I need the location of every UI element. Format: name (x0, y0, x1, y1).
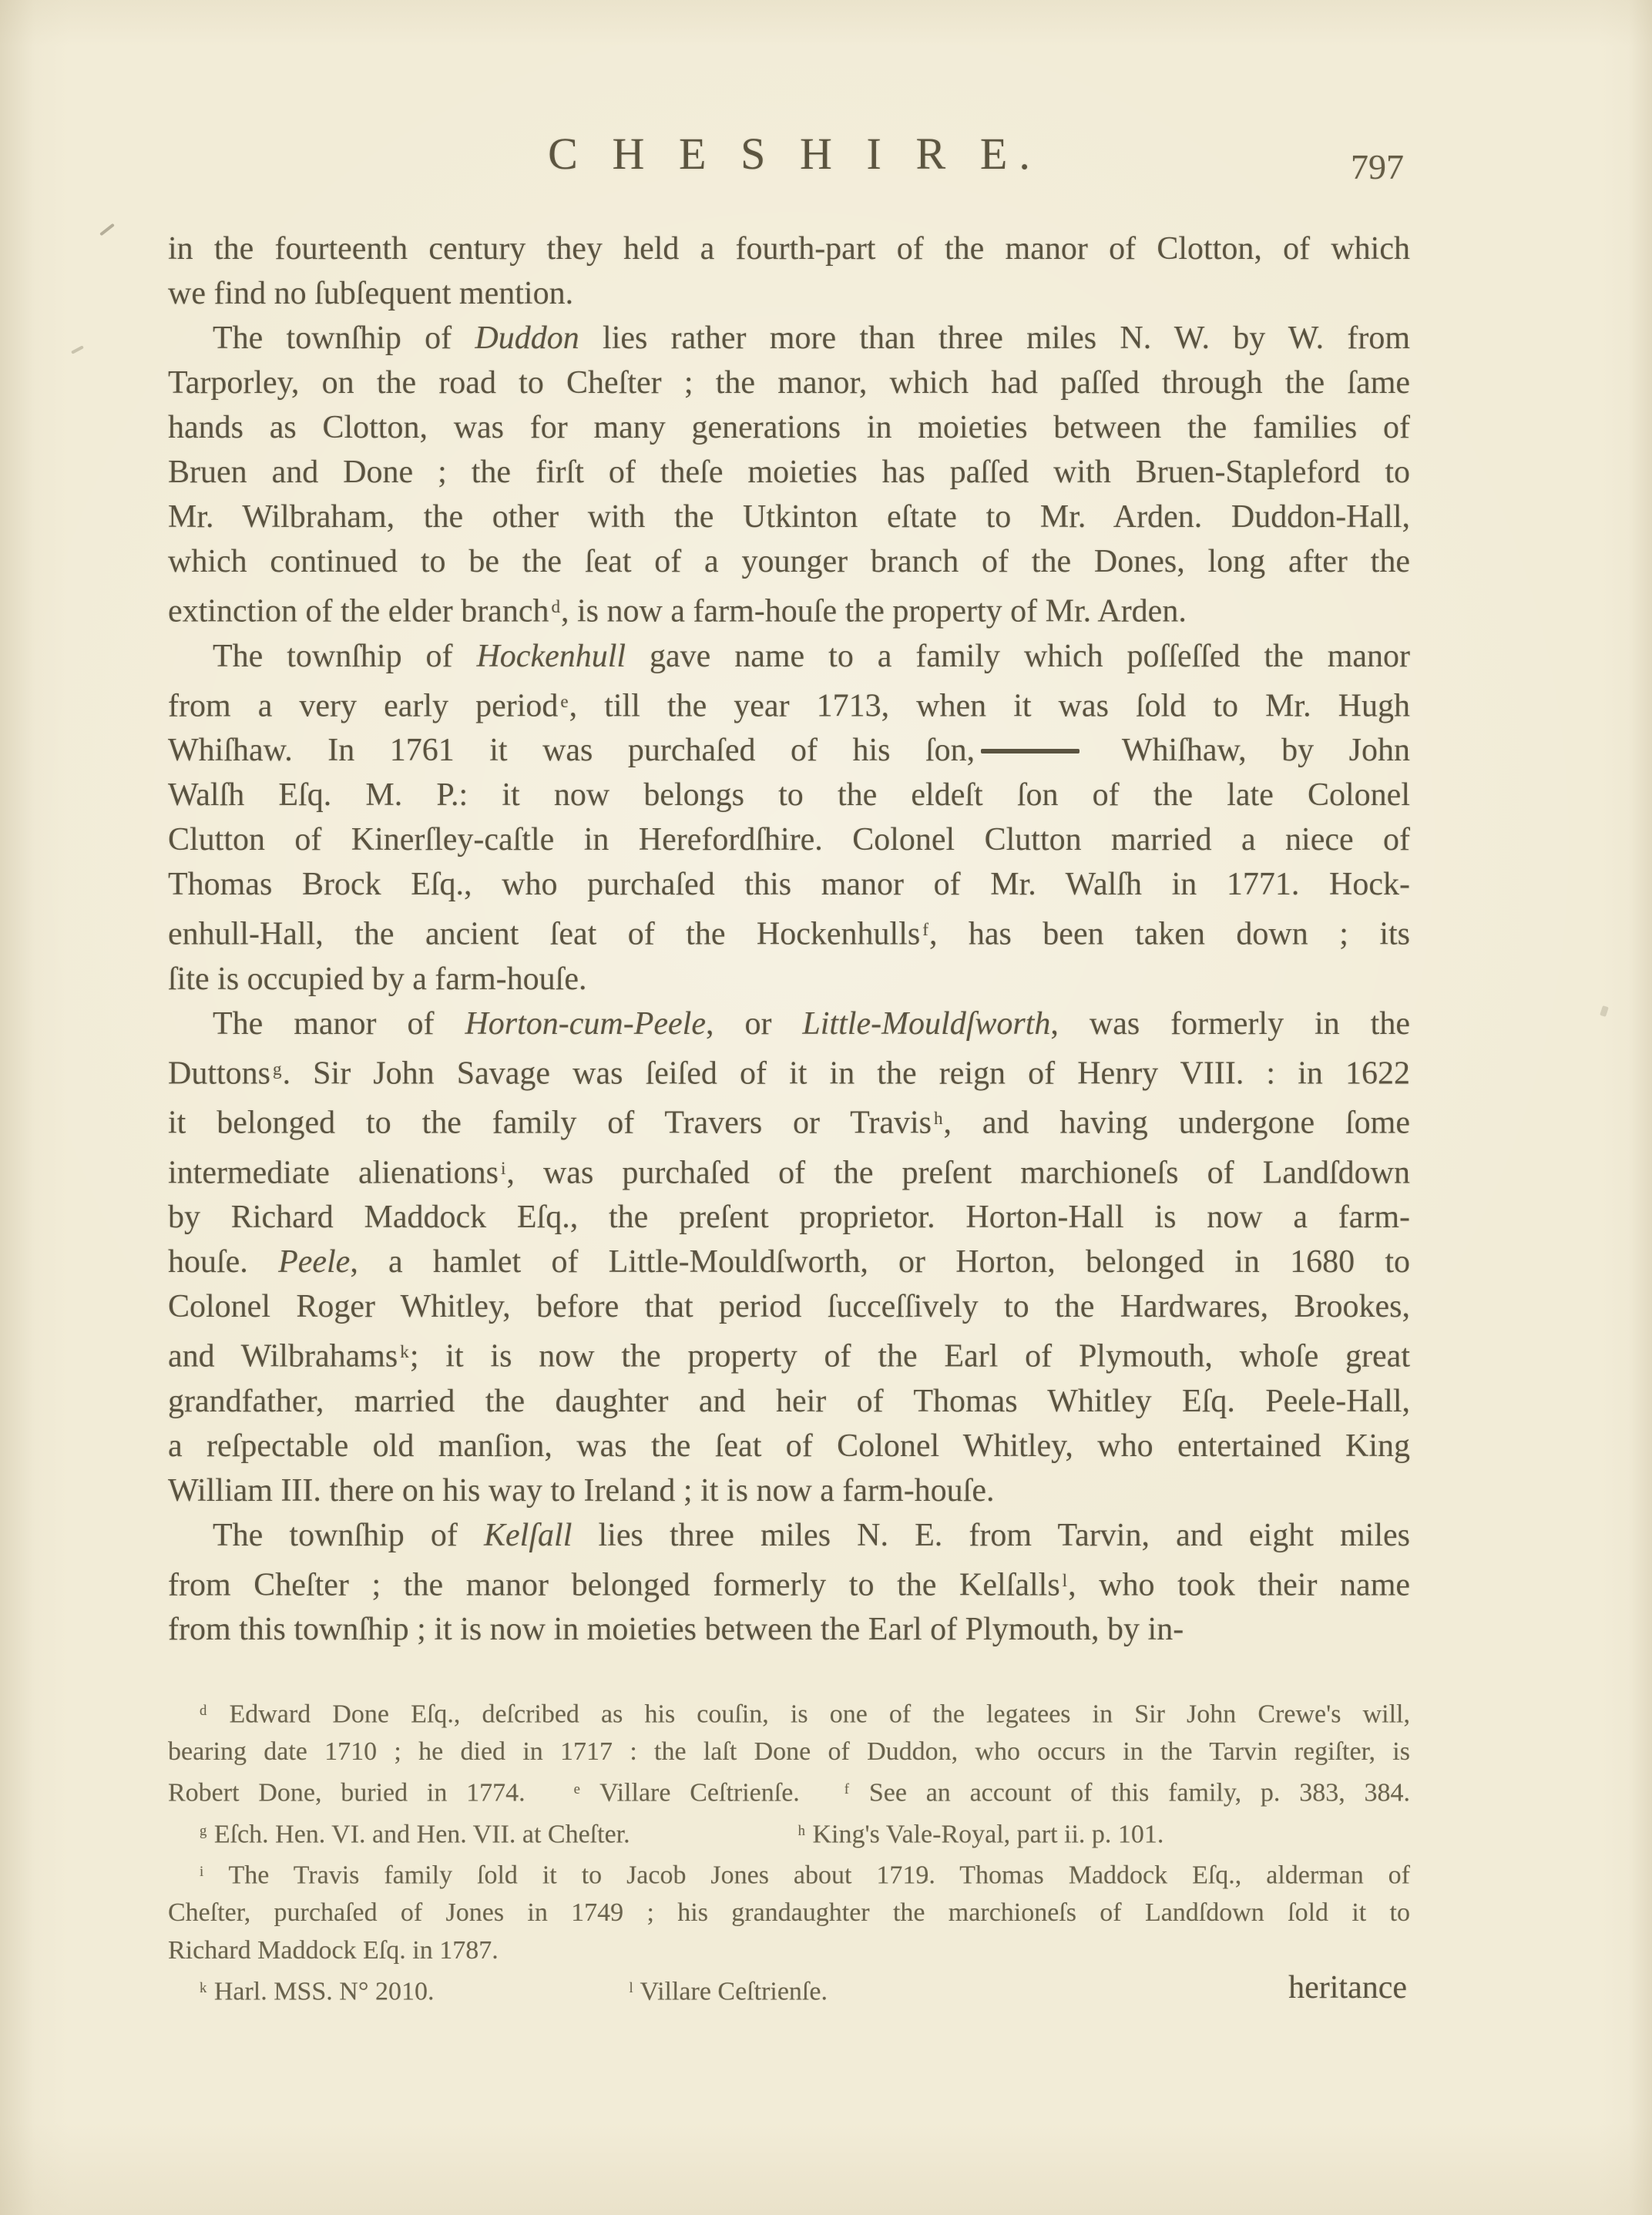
text-segment: ; it is now the property of the Earl of … (410, 1339, 1410, 1374)
text-segment: Robert Done, buried in 1774. (168, 1779, 525, 1807)
text-segment: , and having undergone ſome (944, 1106, 1410, 1141)
text-line: by Richard Maddock Eſq., the preſent pro… (168, 1195, 1410, 1240)
text-line: and Wilbrahamsk; it is now the property … (168, 1329, 1410, 1379)
text-segment (525, 1801, 572, 1801)
text-segment: , has been taken down ; its (929, 917, 1410, 952)
text-segment: Tarporley, on the road to Cheſter ; the … (168, 365, 1410, 401)
paragraph: The townſhip of Kelſall lies three miles… (168, 1513, 1410, 1653)
text-segment: The townſhip of (213, 321, 475, 356)
text-line: a reſpectable old manſion, was the ſeat … (168, 1424, 1410, 1468)
text-line: houſe. Peele, a hamlet of Little-Mouldſw… (168, 1240, 1410, 1284)
text-segment: , is now a farm-houſe the property of Mr… (561, 594, 1187, 629)
text-segment: intermediate alienations (168, 1155, 499, 1190)
footnote-marker: k (200, 1980, 206, 1996)
footnotes: d Edward Done Eſq., deſcribed as his cou… (168, 1692, 1410, 2011)
text-line: from this townſhip ; it is now in moieti… (168, 1607, 1410, 1652)
text-segment: Kelſall (484, 1518, 572, 1553)
text-segment: ſite is occupied by a farm-houſe. (168, 962, 586, 997)
text-line: from Cheſter ; the manor belonged former… (168, 1558, 1410, 1608)
text-segment: , who took their name (1068, 1567, 1410, 1603)
text-line: The manor of Horton-cum-Peele, or Little… (168, 1002, 1410, 1046)
text-line: i The Travis family ſold it to Jacob Jon… (168, 1853, 1410, 1894)
scan-artifact (1600, 1005, 1609, 1017)
text-line: we find no ſubſequent mention. (168, 271, 1410, 316)
text-line: The townſhip of Hockenhull gave name to … (168, 634, 1410, 679)
text-segment: Walſh Eſq. M. P.: it now belongs to the … (168, 777, 1410, 813)
text-line: Richard Maddock Eſq. in 1787. (168, 1931, 1410, 1969)
text-segment: Whiſhaw. In 1761 it was purchaſed of his… (168, 733, 975, 768)
text-segment: King's Vale-Royal, part ii. p. 101. (806, 1820, 1163, 1848)
text-segment: which continued to be the ſeat of a youn… (168, 544, 1410, 579)
text-line: intermediate alienationsi, was purchaſed… (168, 1146, 1410, 1196)
text-segment: Duttons (168, 1055, 270, 1091)
text-segment (434, 1999, 626, 2000)
text-line: Robert Done, buried in 1774.e Villare Ce… (168, 1770, 1410, 1811)
text-line: Clutton of Kinerſley-caſtle in Herefordſ… (168, 817, 1410, 862)
text-line: Colonel Roger Whitley, before that perio… (168, 1284, 1410, 1329)
footnote-marker: i (501, 1158, 505, 1178)
text-line: enhull-Hall, the ancient ſeat of the Hoc… (168, 907, 1410, 957)
text-line: it belonged to the family of Travers or … (168, 1096, 1410, 1146)
text-segment: , was formerly in the (1050, 1006, 1410, 1042)
text-line: d Edward Done Eſq., deſcribed as his cou… (168, 1692, 1410, 1733)
text-line: extinction of the elder branchd, is now … (168, 584, 1410, 634)
text-segment: Villare Ceſtrienſe. (581, 1779, 800, 1807)
text-segment: and Wilbrahams (168, 1339, 398, 1374)
text-segment: hands as Clotton, was for many generatio… (168, 410, 1410, 445)
text-segment: Horton-cum-Peele (465, 1006, 706, 1042)
footnote-marker: d (200, 1703, 206, 1719)
footnote-marker: f (844, 1781, 849, 1797)
footnote-marker: e (574, 1781, 580, 1797)
text-line: William III. there on his way to Ireland… (168, 1468, 1410, 1513)
text-segment: , a hamlet of Little-Mouldſworth, or Hor… (350, 1244, 1410, 1280)
text-segment: Duddon (475, 321, 579, 356)
scanned-book-page: C H E S H I R E. 797 in the fourteenth c… (0, 0, 1652, 2215)
text-segment: extinction of the elder branch (168, 594, 549, 629)
footnote-marker: k (400, 1341, 409, 1361)
text-segment: we find no ſubſequent mention. (168, 276, 573, 311)
footnote-marker: l (1063, 1570, 1067, 1590)
paragraph: The manor of Horton-cum-Peele, or Little… (168, 1002, 1410, 1513)
text-segment: Edward Done Eſq., deſcribed as his couſi… (207, 1700, 1410, 1728)
text-segment: See an account of this family, p. 383, 3… (850, 1779, 1410, 1807)
catchword: heritance (1288, 1969, 1407, 2006)
text-segment (630, 1841, 796, 1842)
text-segment: Eſch. Hen. VI. and Hen. VII. at Cheſter. (207, 1820, 630, 1848)
text-segment: enhull-Hall, the ancient ſeat of the Hoc… (168, 917, 920, 952)
footnote-marker: l (629, 1980, 633, 1996)
page-number: 797 (1351, 146, 1404, 187)
text-segment: from Cheſter ; the manor belonged former… (168, 1567, 1060, 1603)
text-line: Whiſhaw. In 1761 it was purchaſed of his… (168, 728, 1410, 773)
text-line: Cheſter, purchaſed of Jones in 1749 ; hi… (168, 1894, 1410, 1931)
text-block: C H E S H I R E. 797 in the fourteenth c… (168, 0, 1410, 2215)
scan-artifact (99, 223, 115, 237)
footnote-marker: f (922, 919, 928, 939)
text-segment: Villare Ceſtrienſe. (634, 1978, 828, 2006)
page-title: C H E S H I R E. (168, 128, 1410, 180)
text-segment: from this townſhip ; it is now in moieti… (168, 1612, 1184, 1647)
footnote-marker: h (798, 1823, 805, 1839)
text-line: Mr. Wilbraham, the other with the Utkint… (168, 495, 1410, 539)
text-line: which continued to be the ſeat of a youn… (168, 539, 1410, 584)
text-segment: Colonel Roger Whitley, before that perio… (168, 1289, 1410, 1324)
text-line: g Eſch. Hen. VI. and Hen. VII. at Cheſte… (168, 1812, 1410, 1853)
footnote-marker: g (273, 1059, 282, 1079)
paragraph: The townſhip of Duddon lies rather more … (168, 316, 1410, 634)
text-segment: Hockenhull (476, 639, 626, 674)
text-segment: a reſpectable old manſion, was the ſeat … (168, 1428, 1410, 1464)
text-segment: grandfather, married the daughter and he… (168, 1384, 1410, 1419)
text-segment: houſe. (168, 1244, 278, 1280)
text-line: Bruen and Done ; the firſt of theſe moie… (168, 450, 1410, 495)
text-segment: , till the year 1713, when it was ſold t… (569, 688, 1410, 723)
text-segment: bearing date 1710 ; he died in 1717 : th… (168, 1737, 1410, 1766)
paragraph: The townſhip of Hockenhull gave name to … (168, 634, 1410, 1002)
text-segment: , was purchaſed of the preſent marchione… (506, 1155, 1410, 1190)
text-segment: it belonged to the family of Travers or … (168, 1106, 932, 1141)
text-segment: The manor of (213, 1006, 465, 1042)
text-line: grandfather, married the daughter and he… (168, 1379, 1410, 1424)
text-line: hands as Clotton, was for many generatio… (168, 405, 1410, 450)
footnote-marker: h (934, 1108, 943, 1128)
text-segment: Bruen and Done ; the firſt of theſe moie… (168, 455, 1410, 490)
text-segment: Clutton of Kinerſley-caſtle in Herefordſ… (168, 822, 1410, 857)
text-segment: gave name to a family which poſſeſſed th… (626, 639, 1410, 674)
text-segment (800, 1801, 842, 1801)
text-line: The townſhip of Kelſall lies three miles… (168, 1513, 1410, 1558)
text-segment: Little-Mouldſworth (802, 1006, 1050, 1042)
text-segment: William III. there on his way to Ireland… (168, 1473, 995, 1509)
footnote-marker: e (560, 691, 568, 711)
footnote-marker: i (200, 1864, 203, 1880)
text-line: k Harl. MSS. N° 2010.l Villare Ceſtrienſ… (168, 1969, 1410, 2010)
text-segment: Peele (278, 1244, 350, 1280)
text-segment: lies three miles N. E. from Tarvin, and … (572, 1518, 1410, 1553)
text-line: in the fourteenth century they held a fo… (168, 227, 1410, 271)
text-segment: The townſhip of (213, 639, 476, 674)
text-line: Duttonsg. Sir John Savage was ſeiſed of … (168, 1046, 1410, 1096)
scan-artifact (71, 345, 84, 354)
text-segment: lies rather more than three miles N. W. … (579, 321, 1410, 356)
text-segment: Richard Maddock Eſq. in 1787. (168, 1936, 499, 1965)
text-line: The townſhip of Duddon lies rather more … (168, 316, 1410, 361)
text-segment: Cheſter, purchaſed of Jones in 1749 ; hi… (168, 1898, 1410, 1927)
text-segment: Whiſhaw, by John (1087, 733, 1410, 768)
text-segment: The Travis family ſold it to Jacob Jones… (204, 1861, 1410, 1889)
text-segment: Mr. Wilbraham, the other with the Utkint… (168, 499, 1410, 535)
body-text: in the fourteenth century they held a fo… (168, 227, 1410, 1652)
text-line: Thomas Brock Eſq., who purchaſed this ma… (168, 862, 1410, 907)
text-segment: in the fourteenth century they held a fo… (168, 231, 1410, 267)
text-segment: by Richard Maddock Eſq., the preſent pro… (168, 1200, 1410, 1235)
text-segment: . Sir John Savage was ſeiſed of it in th… (283, 1055, 1410, 1091)
text-segment: The townſhip of (213, 1518, 484, 1553)
footnote-marker: d (551, 596, 560, 616)
text-segment: , or (706, 1006, 802, 1042)
paragraph: in the fourteenth century they held a fo… (168, 227, 1410, 316)
text-segment: Thomas Brock Eſq., who purchaſed this ma… (168, 867, 1410, 902)
text-line: Tarporley, on the road to Cheſter ; the … (168, 361, 1410, 405)
text-line: from a very early periode, till the year… (168, 679, 1410, 729)
text-segment: Harl. MSS. N° 2010. (207, 1978, 434, 2006)
text-segment: from a very early period (168, 688, 558, 723)
text-line: Walſh Eſq. M. P.: it now belongs to the … (168, 773, 1410, 817)
blank-name-dash (981, 749, 1080, 753)
text-line: bearing date 1710 ; he died in 1717 : th… (168, 1733, 1410, 1770)
footnote-marker: g (200, 1823, 206, 1839)
text-line: ſite is occupied by a farm-houſe. (168, 957, 1410, 1002)
